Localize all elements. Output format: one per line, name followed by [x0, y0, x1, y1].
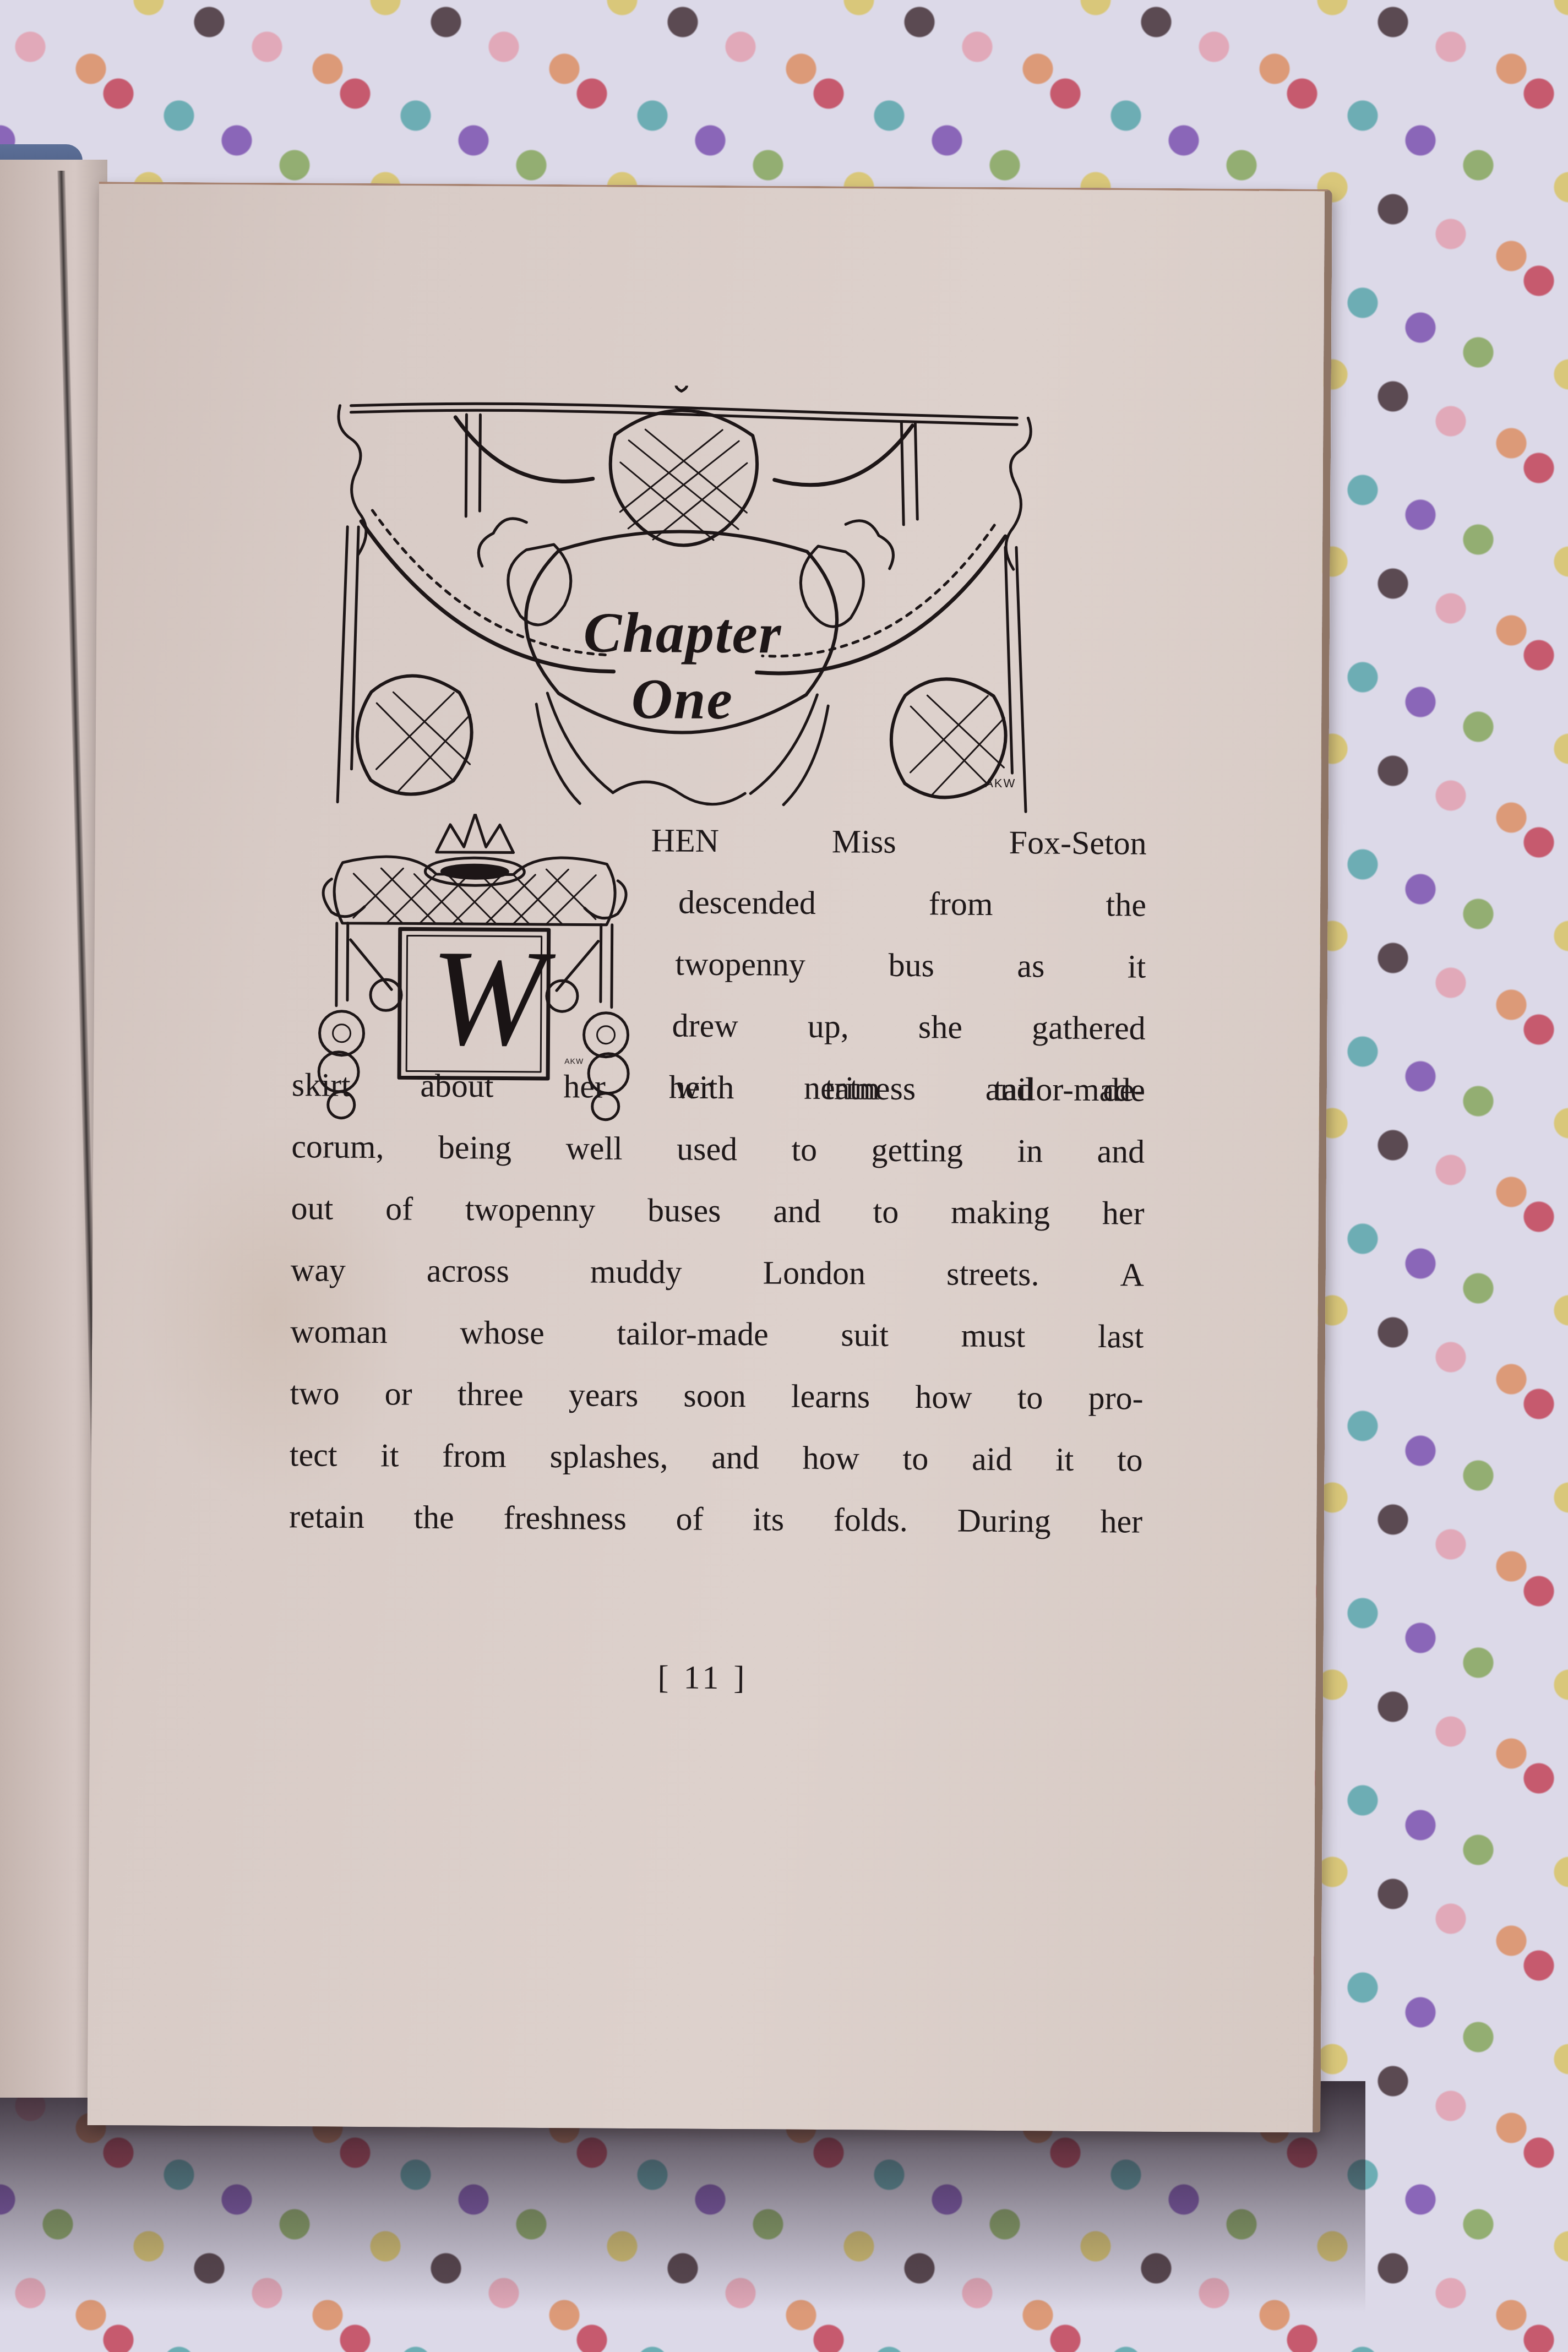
word: During [957, 1490, 1051, 1552]
word: de- [1103, 1059, 1145, 1120]
word: whose [460, 1302, 545, 1364]
word: across [427, 1240, 510, 1302]
word: bus [888, 934, 934, 997]
word: corum, [291, 1115, 384, 1178]
word: folds. [834, 1489, 908, 1551]
word: A [1120, 1244, 1144, 1305]
word: and [711, 1427, 759, 1489]
page-number: [ 11 ] [90, 1655, 1315, 1701]
word: HEN [651, 809, 719, 872]
word: of [385, 1178, 413, 1239]
chapter-title-line1: Chapter [328, 598, 1038, 668]
word: making [951, 1181, 1050, 1243]
word: muddy [590, 1240, 682, 1303]
word: splashes, [549, 1425, 668, 1488]
word: it [1128, 935, 1146, 997]
text-line: corum, being well used to getting in and [291, 1115, 1145, 1182]
word: being [438, 1117, 512, 1179]
word: freshness [503, 1487, 627, 1549]
word: last [1098, 1305, 1144, 1368]
word: buses [647, 1179, 721, 1242]
word: her [1100, 1490, 1142, 1552]
word: twopenny [675, 933, 805, 995]
word: and [1097, 1120, 1145, 1183]
word: to [902, 1428, 928, 1489]
word: and [986, 1058, 1033, 1120]
word: and [773, 1180, 821, 1243]
text-line: drew up, she gathered [650, 994, 1146, 1059]
word: two [290, 1362, 340, 1424]
word: to [1117, 1429, 1143, 1490]
word: three [457, 1363, 524, 1425]
book-page: Chapter One AKW [87, 182, 1332, 2133]
word: its [753, 1488, 784, 1550]
text-line: twopenny bus as it [650, 933, 1146, 997]
word: way [291, 1239, 346, 1301]
word: with [675, 1056, 734, 1118]
body-text-block: skirt about her with neatness and de- co… [289, 1054, 1145, 1552]
word: well [565, 1117, 623, 1179]
word: how [802, 1427, 859, 1489]
word: suit [841, 1304, 889, 1366]
text-line: skirt about her with neatness and de- [292, 1054, 1146, 1120]
chapter-title-line2: One [327, 665, 1038, 734]
word: retain [289, 1485, 364, 1548]
word: years [568, 1364, 638, 1426]
word: woman [290, 1300, 388, 1363]
word: tect [290, 1424, 337, 1486]
word: tailor-made [617, 1303, 769, 1365]
word: it [380, 1424, 399, 1486]
word: in [1017, 1120, 1043, 1182]
word: to [791, 1119, 817, 1180]
word: as [1017, 935, 1045, 997]
text-line: descended from the [651, 871, 1147, 935]
word: about [420, 1055, 494, 1117]
word: Fox-Seton [1009, 812, 1147, 874]
word: descended [678, 871, 816, 934]
text-line: way across muddy London streets. A [291, 1239, 1145, 1305]
word: gathered [1032, 997, 1146, 1059]
word: twopenny [465, 1178, 595, 1240]
text-line: retain the freshness of its folds. Durin… [289, 1485, 1143, 1552]
word: learns [791, 1365, 870, 1428]
word: skirt [292, 1054, 351, 1116]
word: getting [871, 1119, 963, 1182]
word: of [676, 1488, 704, 1549]
word: Miss [832, 810, 896, 873]
word: aid [972, 1428, 1012, 1490]
word: from [929, 873, 993, 935]
word: London [763, 1242, 865, 1304]
word: from [442, 1425, 507, 1487]
word: her [1102, 1182, 1145, 1244]
text-line: tect it from splashes, and how to aid it… [290, 1424, 1144, 1490]
text-line: HEN Miss Fox-Seton [651, 809, 1147, 874]
text-line: woman whose tailor-made suit must last [290, 1300, 1144, 1367]
word: it [1055, 1429, 1074, 1490]
text-line: out of twopenny buses and to making her [291, 1177, 1145, 1244]
word: out [291, 1177, 333, 1239]
word: pro- [1088, 1367, 1144, 1429]
word: must [961, 1305, 1025, 1367]
word: streets. [946, 1243, 1039, 1305]
word: drew [672, 994, 738, 1057]
word: how [915, 1366, 972, 1428]
word: soon [683, 1365, 746, 1427]
word: to [1017, 1366, 1043, 1428]
word: or [384, 1363, 412, 1424]
text-line: two or three years soon learns how to pr… [290, 1362, 1144, 1429]
word: the [1106, 874, 1146, 935]
word: her [563, 1055, 606, 1117]
word: the [413, 1487, 454, 1548]
word: to [873, 1181, 899, 1243]
ornament-artist-mark: AKW [985, 776, 1016, 791]
drop-cap-letter: W [413, 924, 563, 1074]
word: she [918, 996, 963, 1058]
word: up, [807, 995, 849, 1057]
word: used [677, 1118, 738, 1180]
word: neatness [804, 1057, 916, 1119]
chapter-heading-ornament: Chapter One AKW [326, 384, 1039, 818]
